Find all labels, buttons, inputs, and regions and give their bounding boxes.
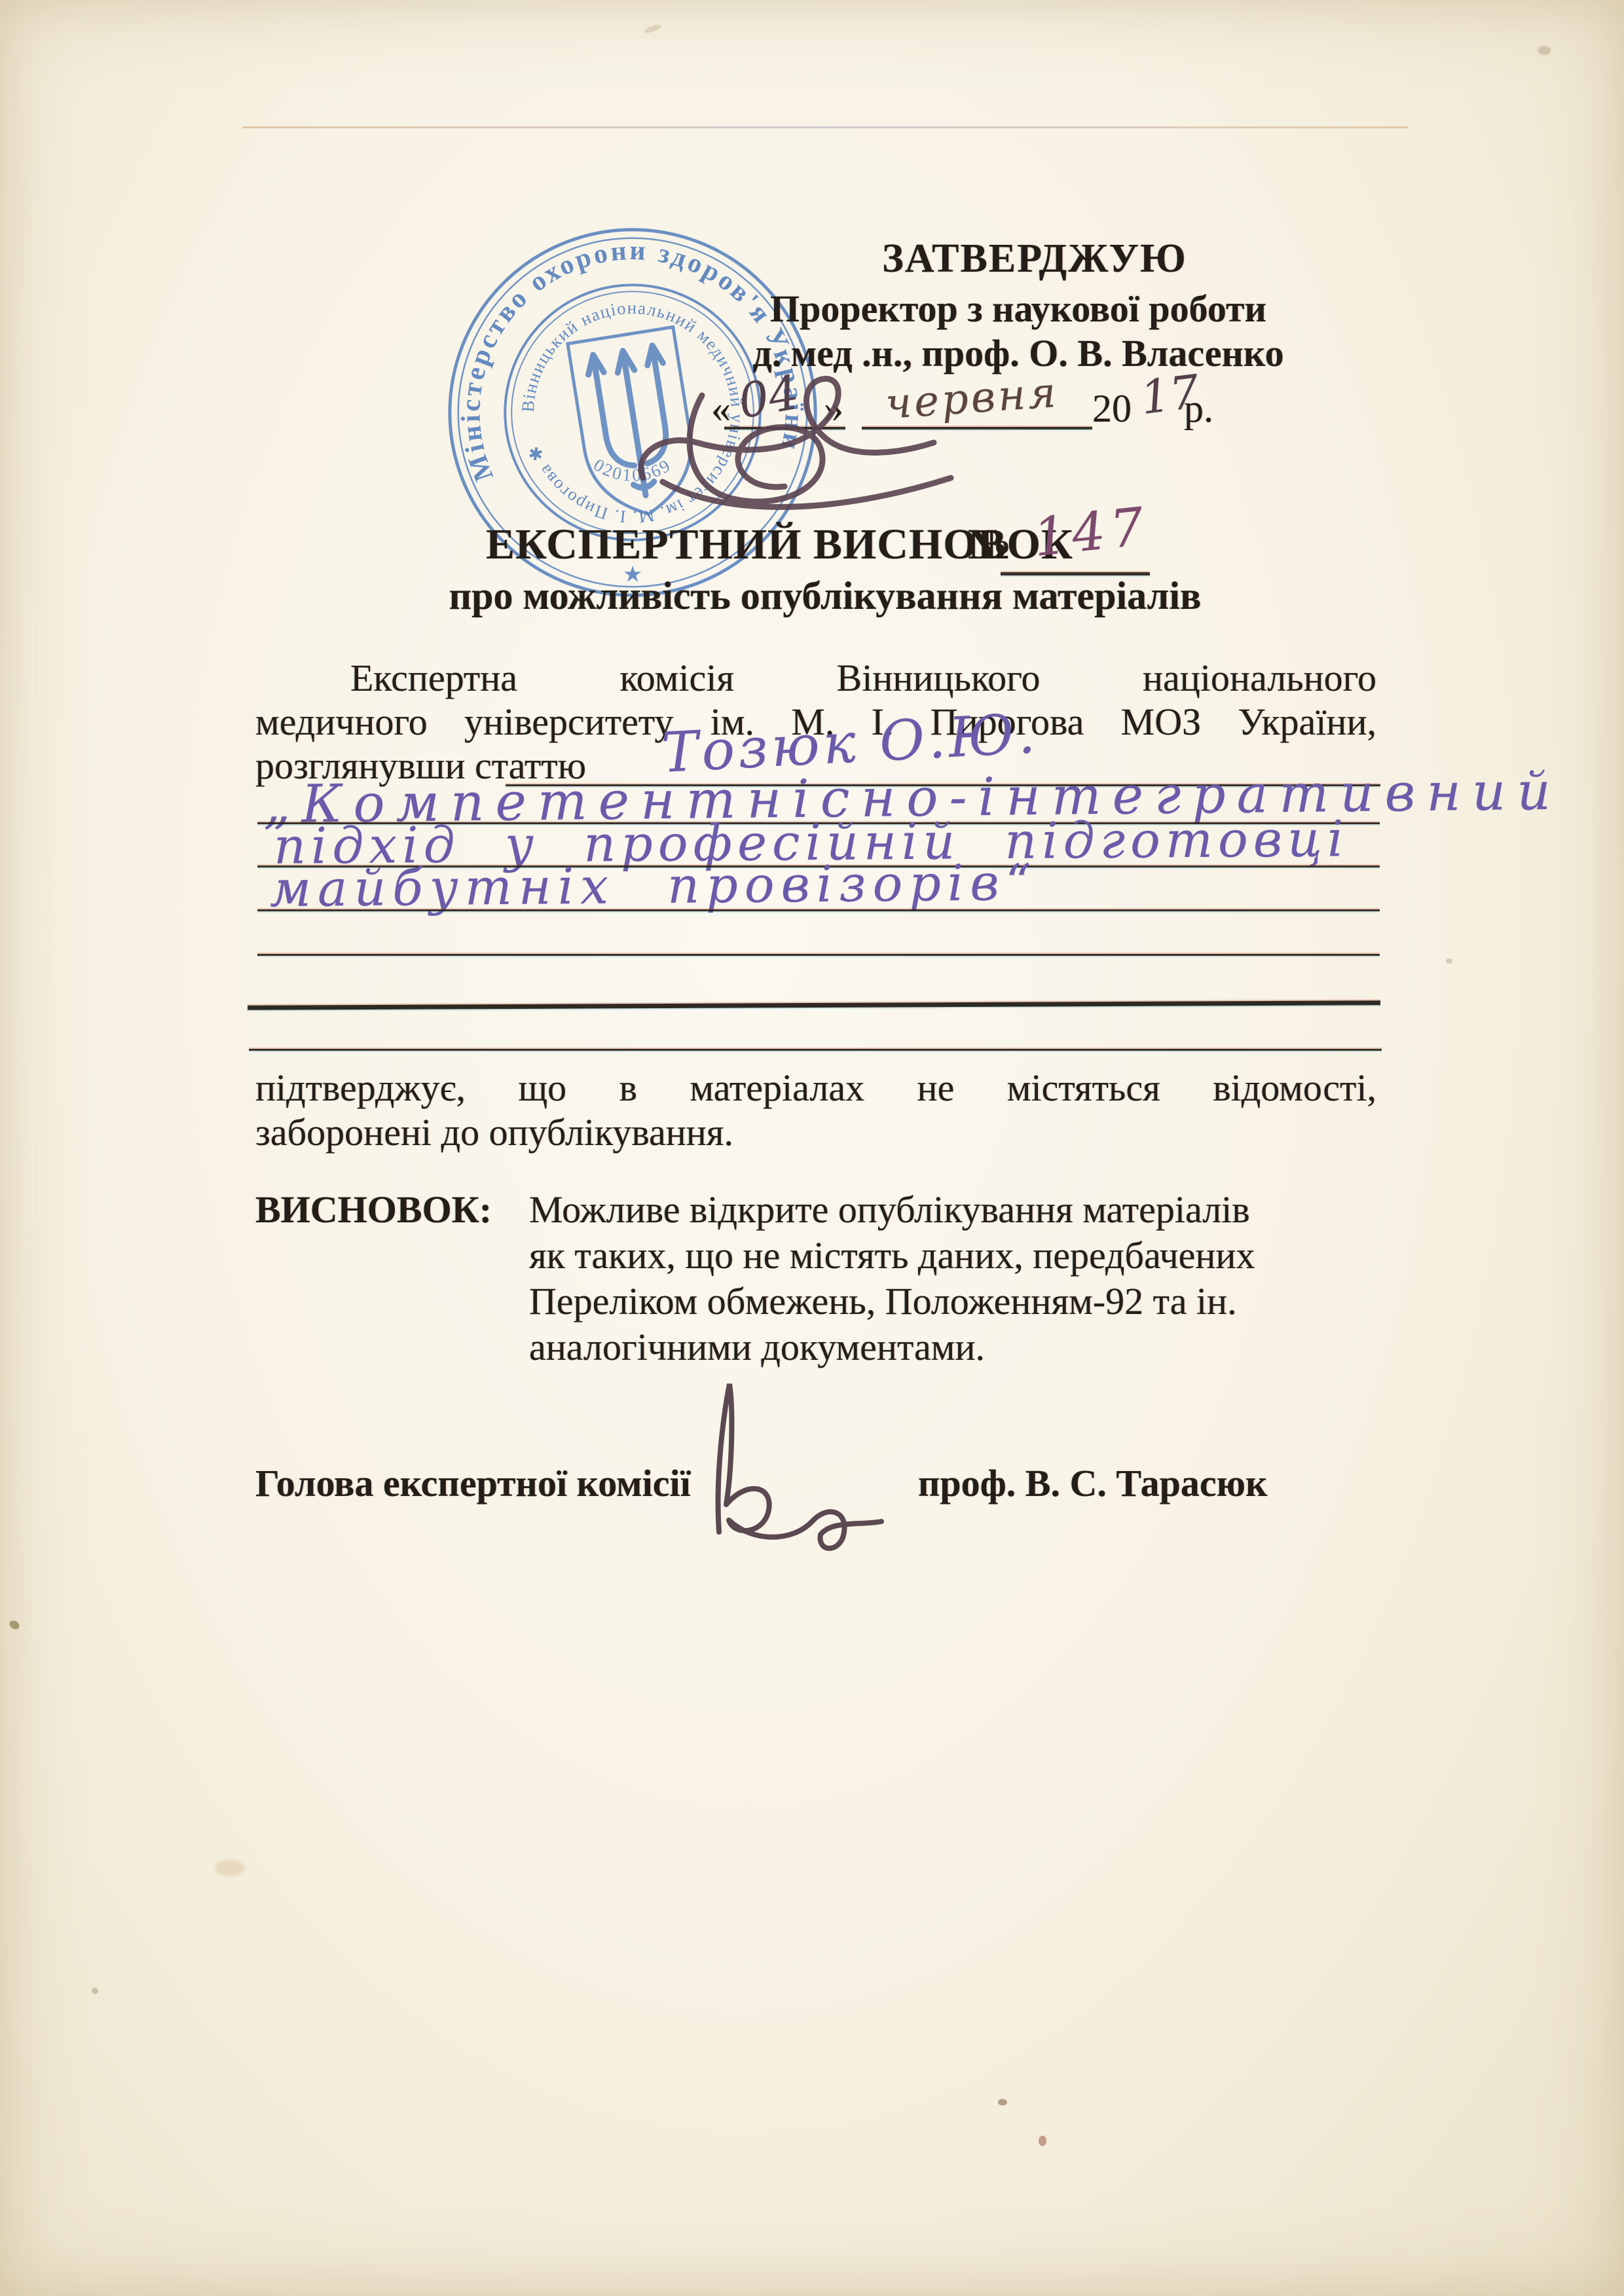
- document-title-numero: №: [968, 520, 1011, 570]
- ruled-line-5-empty: [249, 1049, 1382, 1051]
- paragraph-line-1: Експертна комісія Вінницького національн…: [255, 656, 1376, 700]
- approval-heading: ЗАТВЕРДЖУЮ: [773, 236, 1297, 282]
- handwritten-document-number: 147: [1031, 496, 1152, 568]
- conclusion-line-3: Переліком обмежень, Положенням-92 та ін.: [529, 1279, 1237, 1323]
- ruled-line-3: [257, 909, 1380, 911]
- handwritten-article-title-line-3: майбутніх провізорів“: [270, 853, 1038, 918]
- dust-speck: [92, 1988, 98, 1994]
- scan-crease-line: [242, 126, 1408, 128]
- separator-line-thick: [248, 1000, 1380, 1010]
- date-year-suffix: р.: [1184, 386, 1213, 431]
- dust-speck: [1446, 958, 1452, 964]
- conclusion-line-1: Можливе відкрите опублікування матеріалі…: [529, 1188, 1250, 1231]
- chairman-signature: [661, 1375, 936, 1558]
- signoff-role: Голова експертної комісії: [255, 1461, 691, 1505]
- ruled-line-4-empty: [257, 954, 1380, 956]
- signoff-name: проф. В. С. Тарасюк: [918, 1461, 1267, 1505]
- confirmation-line-2: заборонені до опублікування.: [255, 1110, 733, 1154]
- dust-speck: [644, 24, 661, 34]
- scanned-document-page: Міністерство охорони здоров'я України Ві…: [0, 0, 1624, 2296]
- conclusion-line-2: як таких, що не містять даних, передбаче…: [529, 1233, 1255, 1277]
- approver-title: Проректор з наукової роботи: [691, 287, 1346, 331]
- conclusion-label: ВИСНОВОК:: [255, 1188, 492, 1231]
- dust-speck: [1538, 46, 1551, 55]
- document-subtitle: про можливість опублікування матеріалів: [242, 574, 1408, 619]
- approver-signature: [623, 354, 977, 540]
- conclusion-line-4: аналогічними документами.: [529, 1325, 985, 1369]
- dust-speck: [998, 2099, 1007, 2105]
- dust-speck: [215, 1859, 245, 1876]
- date-year-prefix: 20: [1092, 386, 1132, 431]
- dust-speck: [8, 1619, 21, 1631]
- confirmation-line-1: підтверджує, що в матеріалах не містятьс…: [255, 1066, 1376, 1110]
- dust-speck: [1039, 2136, 1046, 2146]
